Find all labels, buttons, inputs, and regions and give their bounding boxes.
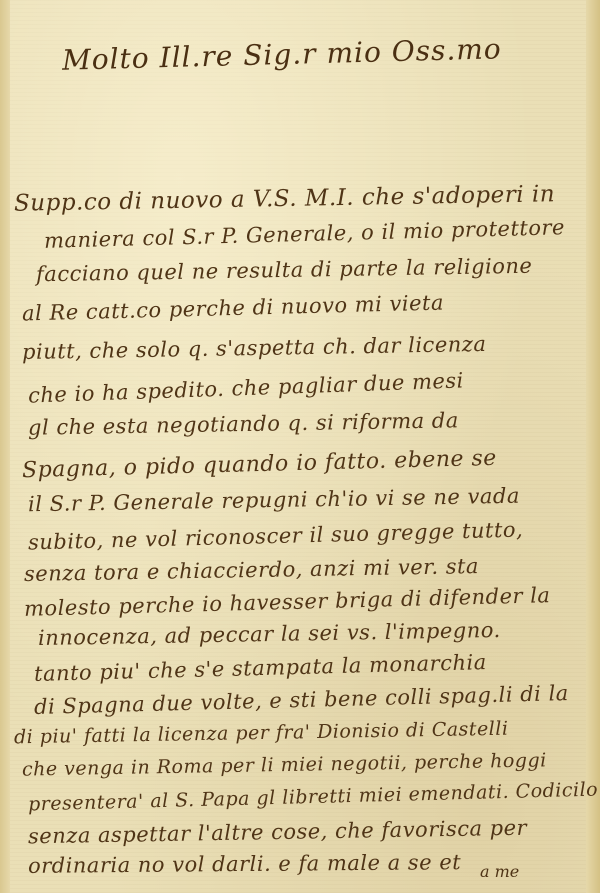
letter-line: facciano quel ne resulta di parte la rel… (36, 254, 533, 287)
letter-line: di Spagna due volte, e sti bene colli sp… (34, 681, 569, 719)
letter-line: Spagna, o pido quando io fatto. ebene se (22, 446, 497, 483)
manuscript-page: Molto Ill.re Sig.r mio Oss.mo Supp.co di… (0, 0, 600, 893)
letter-line: di piu' fatti la licenza per fra' Dionis… (14, 718, 509, 749)
paper-edge-right (586, 0, 600, 893)
letter-line: ordinaria no vol darli. e fa male a se e… (28, 850, 461, 878)
salutation: Molto Ill.re Sig.r mio Oss.mo (62, 32, 502, 76)
trailing-fragment: a me (480, 862, 519, 881)
letter-line: Supp.co di nuovo a V.S. M.I. che s'adope… (14, 181, 555, 216)
letter-line: il S.r P. Generale repugni ch'io vi se n… (28, 484, 520, 517)
letter-line: al Re catt.co perche di nuovo mi vieta (22, 290, 445, 325)
letter-line: maniera col S.r P. Generale, o il mio pr… (44, 215, 565, 253)
letter-line: senza tora e chiaccierdo, anzi mi ver. s… (24, 554, 479, 586)
letter-line: molesto perche io havesser briga di dife… (24, 583, 551, 621)
letter-line: subito, ne vol riconoscer il suo gregge … (28, 518, 524, 555)
letter-line: che io ha spedito. che pagliar due mesi (28, 368, 464, 407)
letter-line: presentera' al S. Papa gl libretti miei … (28, 779, 599, 816)
letter-line: gl che esta negotiando q. si riforma da (28, 408, 459, 440)
paper-edge-left (0, 0, 10, 893)
letter-line: innocenza, ad peccar la sei vs. l'impegn… (38, 618, 501, 650)
letter-line: piutt, che solo q. s'aspetta ch. dar lic… (22, 332, 487, 364)
letter-line: tanto piu' che s'e stampata la monarchia (34, 650, 487, 686)
letter-line: che venga in Roma per li miei negotii, p… (22, 749, 547, 780)
letter-line: senza aspettar l'altre cose, che favoris… (28, 816, 527, 849)
